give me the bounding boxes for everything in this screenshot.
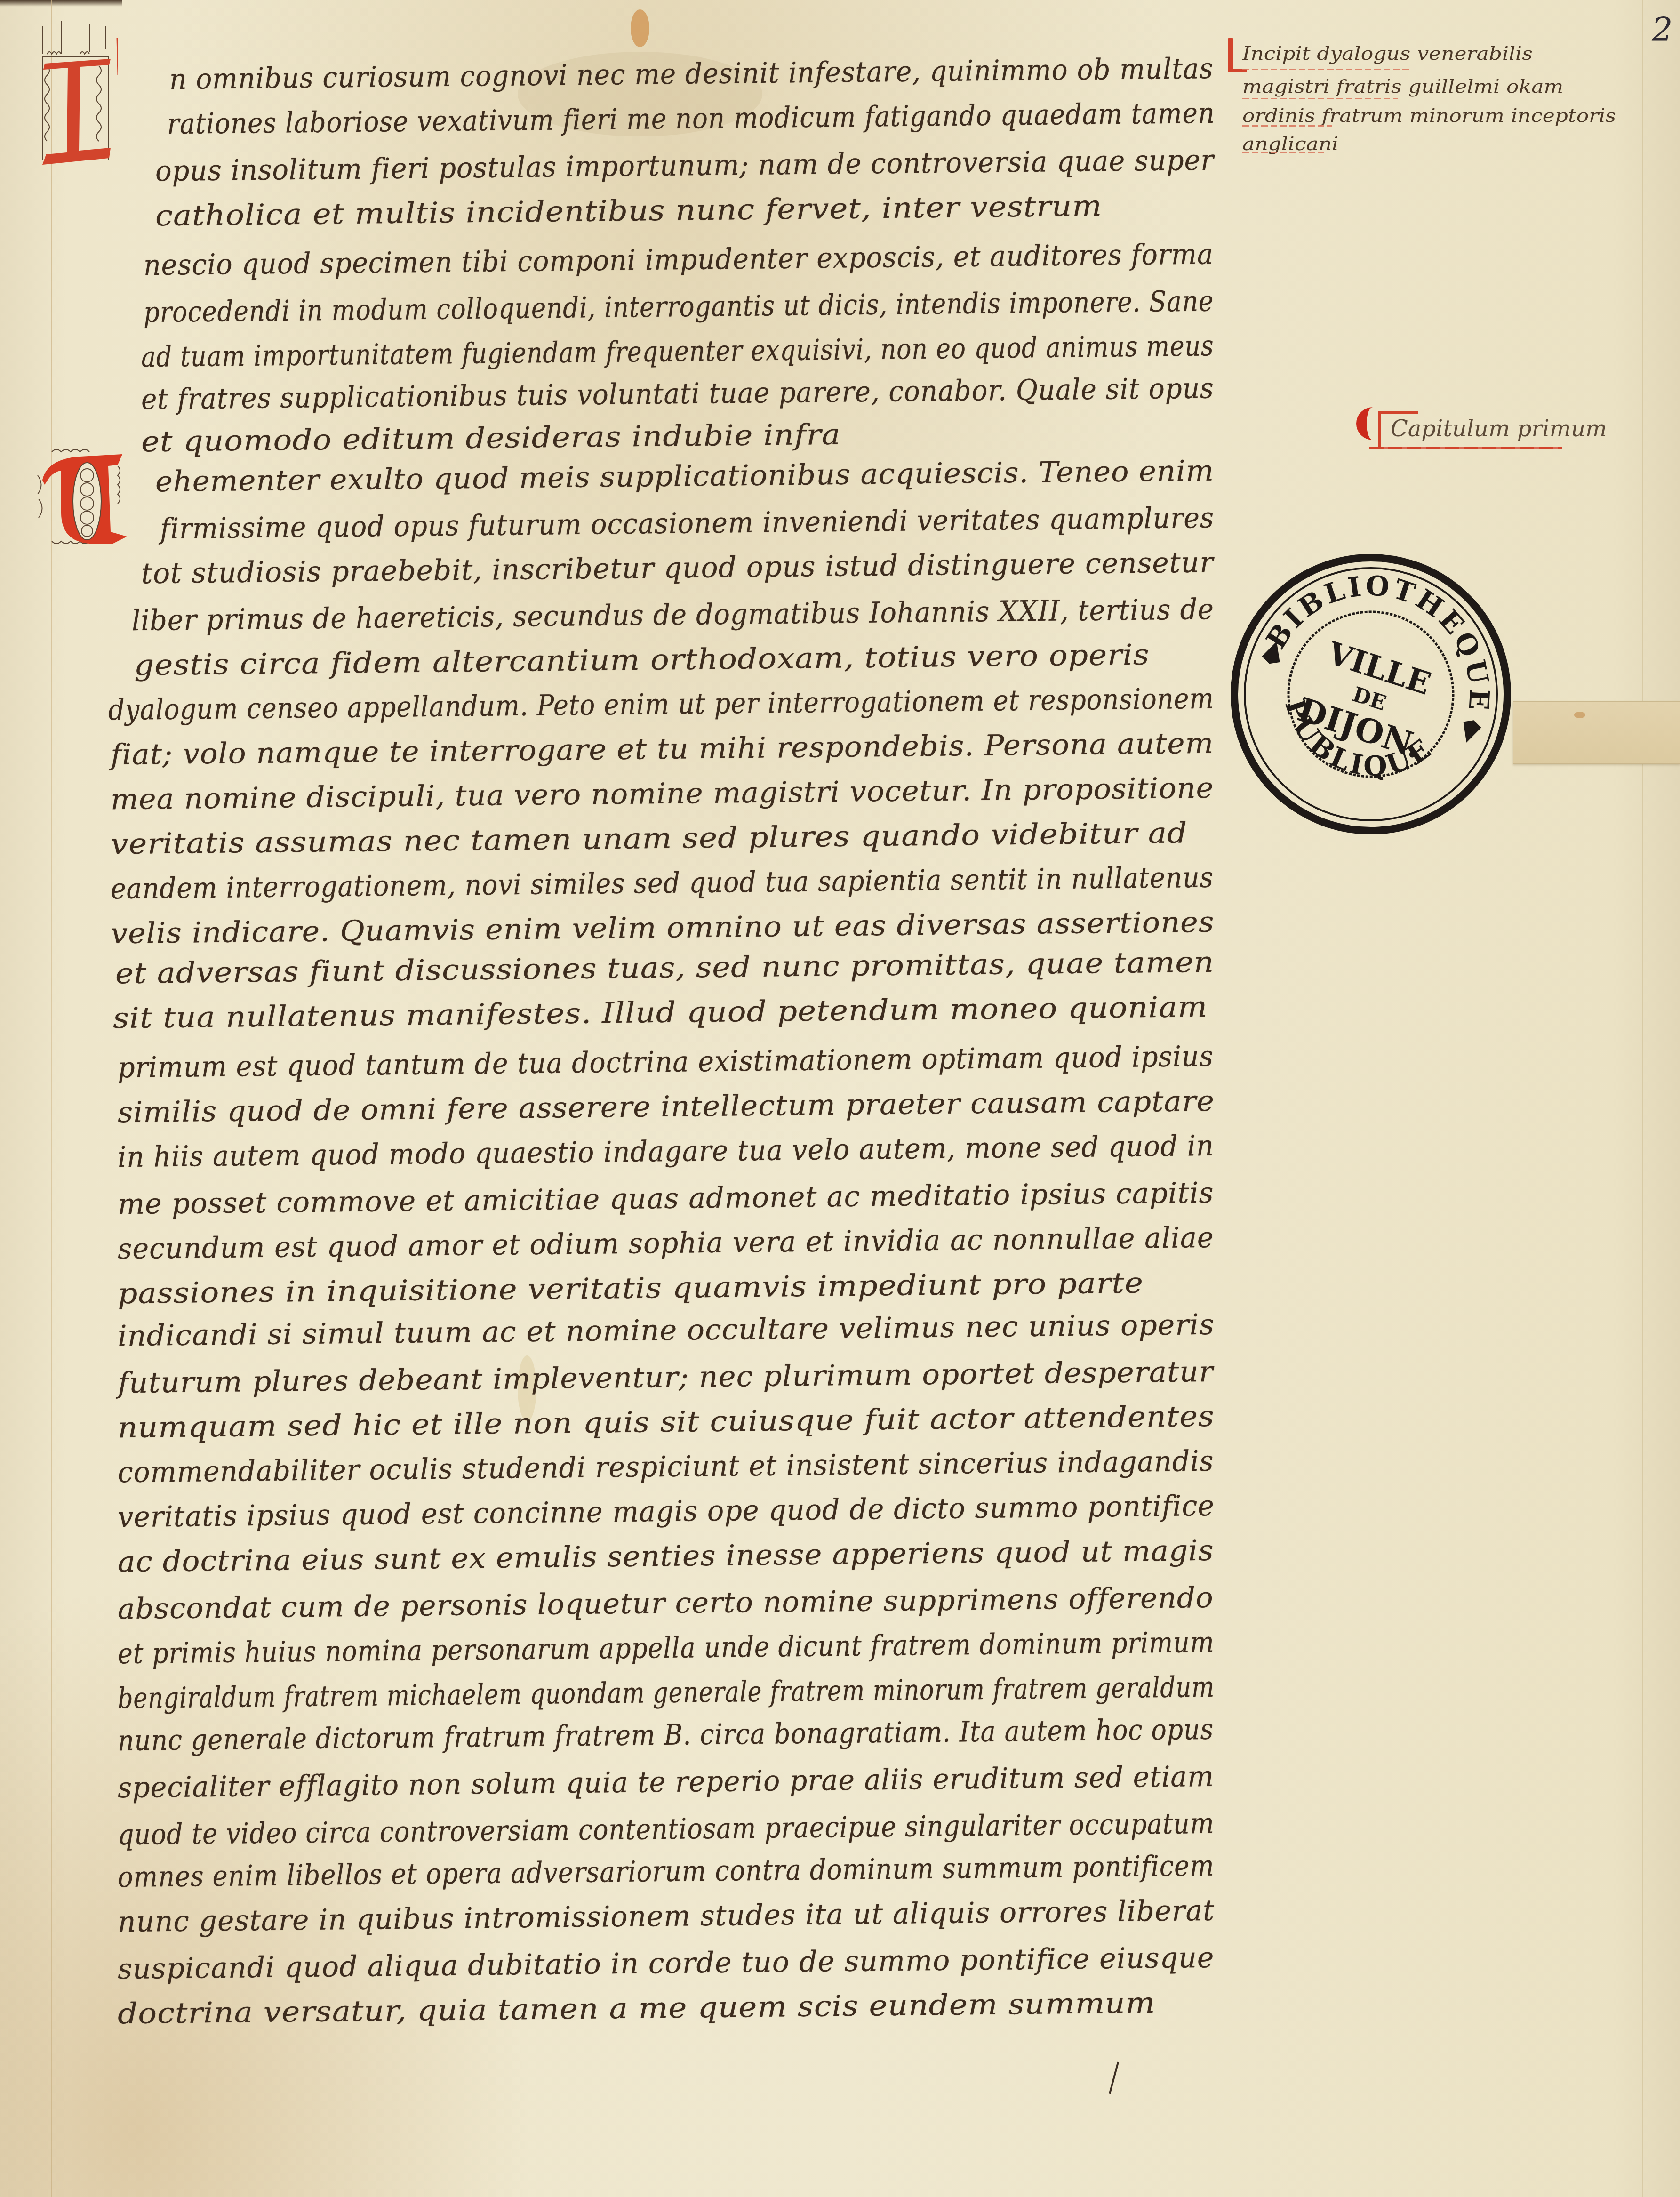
rubric-line-1: Incipit dyalogus venerabilis [1242, 43, 1533, 64]
manuscript-text-line: dyalogum censeo appellandum. Peto enim u… [108, 682, 1215, 726]
manuscript-text-line: omnes enim libellos et opera adversarior… [118, 1849, 1215, 1894]
manuscript-text-line: eandem interrogationem, novi similes sed… [111, 861, 1214, 906]
manuscript-text-line: nescio quod specimen tibi componi impude… [144, 237, 1214, 282]
manuscript-text-line: secundum est quod amor et odium sophia v… [118, 1221, 1214, 1266]
manuscript-text-line: primum est quod tantum de tua doctrina e… [118, 1040, 1214, 1084]
rubric-underline [1242, 98, 1398, 99]
manuscript-text-line: et primis huius nomina personarum appell… [118, 1626, 1215, 1670]
manuscript-text-line: fiat; volo namque te interrogare et tu m… [111, 727, 1214, 771]
manuscript-text-line: doctrina versatur, quia tamen a me quem … [118, 1986, 1156, 2030]
rubric-stroke [1378, 411, 1418, 414]
rubric-underline [1242, 69, 1412, 70]
rubric-underline [1369, 447, 1562, 449]
manuscript-text-line: numquam sed hic et ille non quis sit cui… [118, 1400, 1215, 1444]
manuscript-text-line: ehementer exulto quod meis supplicationi… [155, 454, 1214, 498]
rubric-line-2: magistri fratris guillelmi okam [1242, 76, 1563, 97]
manuscript-text-line: rationes laboriose vexativum fieri me no… [167, 96, 1215, 141]
manuscript-text-line: veritatis ipsius quod est concinne magis… [118, 1489, 1215, 1534]
manuscript-text-line: et quomodo editum desideras indubie infr… [141, 418, 841, 458]
rubric-underline [1242, 152, 1327, 153]
manuscript-text-line: tot studiosis praebebit, inscribetur quo… [141, 545, 1214, 590]
manuscript-text-line: quod te video circa controversiam conten… [118, 1807, 1215, 1852]
manuscript-text-line: et adversas fiunt discussiones tuas, sed… [115, 946, 1215, 990]
main-text-block: n omnibus curiosum cognovi nec me desini… [0, 0, 1680, 2197]
manuscript-text-line: specialiter efflagito non solum quia te … [118, 1760, 1215, 1804]
manuscript-text-line: gestis circa fidem altercantium orthodox… [134, 638, 1150, 682]
manuscript-text-line: catholica et multis incidentibus nunc fe… [155, 189, 1103, 233]
manuscript-text-line: ad tuam importunitatem fugiendam frequen… [141, 329, 1214, 374]
manuscript-text-line: sit tua nullatenus manifestes. Illud quo… [113, 990, 1208, 1035]
manuscript-text-line: mea nomine discipuli, tua vero nomine ma… [111, 771, 1214, 816]
rubric-stroke [1378, 411, 1381, 448]
manuscript-text-line: firmissime quod opus futurum occasionem … [160, 501, 1215, 545]
chapter-rubric: Capitulum primum [1351, 398, 1576, 445]
manuscript-text-line: similis quod de omni fere asserere intel… [118, 1084, 1215, 1129]
paragraph-mark-icon [1356, 407, 1373, 440]
chapter-label: Capitulum primum [1391, 416, 1607, 442]
manuscript-text-line: passiones in inquisitione veritatis quam… [118, 1266, 1144, 1310]
manuscript-text-line: n omnibus curiosum cognovi nec me desini… [169, 52, 1214, 96]
manuscript-page: 2 n omnibus curiosum cognovi nec me desi… [0, 0, 1680, 2197]
manuscript-text-line: commendabiliter oculis studendi respiciu… [118, 1444, 1214, 1489]
incipit-rubric: Incipit dyalogus venerabilis magistri fr… [1228, 38, 1605, 151]
manuscript-text-line: procedendi in modum colloquendi, interro… [144, 284, 1214, 329]
manuscript-text-line: ac doctrina eius sunt ex emulis senties … [118, 1534, 1214, 1579]
manuscript-text-line: et fratres supplicationibus tuis volunta… [141, 371, 1215, 416]
manuscript-text-line: in hiis autem quod modo quaestio indagar… [118, 1129, 1214, 1174]
manuscript-text-line: bengiraldum fratrem michaelem quondam ge… [118, 1670, 1215, 1715]
manuscript-text-line: liber primus de haereticis, secundus de … [132, 593, 1214, 637]
manuscript-text-line: nunc generale dictorum fratrum fratrem B… [118, 1713, 1214, 1757]
paper-repair-tab [1513, 701, 1680, 764]
manuscript-text-line: suspicandi quod aliqua dubitatio in cord… [118, 1941, 1215, 1986]
manuscript-text-line: velis indicare. Quamvis enim velim omnin… [111, 906, 1215, 950]
rubric-bracket [1228, 38, 1233, 72]
manuscript-text-line: opus insolitum fieri postulas importunum… [155, 144, 1215, 188]
manuscript-text-line: futurum plures debeant impleventur; nec … [118, 1355, 1214, 1400]
manuscript-text-line: me posset commove et amicitiae quas admo… [118, 1176, 1214, 1221]
rubric-line-3: ordinis fratrum minorum inceptoris [1242, 105, 1616, 127]
stain [1574, 712, 1585, 718]
manuscript-text-line: abscondat cum de personis loquetur certo… [118, 1581, 1214, 1626]
manuscript-text-line: indicandi si simul tuum ac et nomine occ… [118, 1308, 1215, 1353]
manuscript-text-line: veritatis assumas nec tamen unam sed plu… [111, 816, 1188, 861]
manuscript-text-line: nunc gestare in quibus intromissionem st… [118, 1894, 1215, 1939]
rubric-underline [1242, 125, 1332, 127]
